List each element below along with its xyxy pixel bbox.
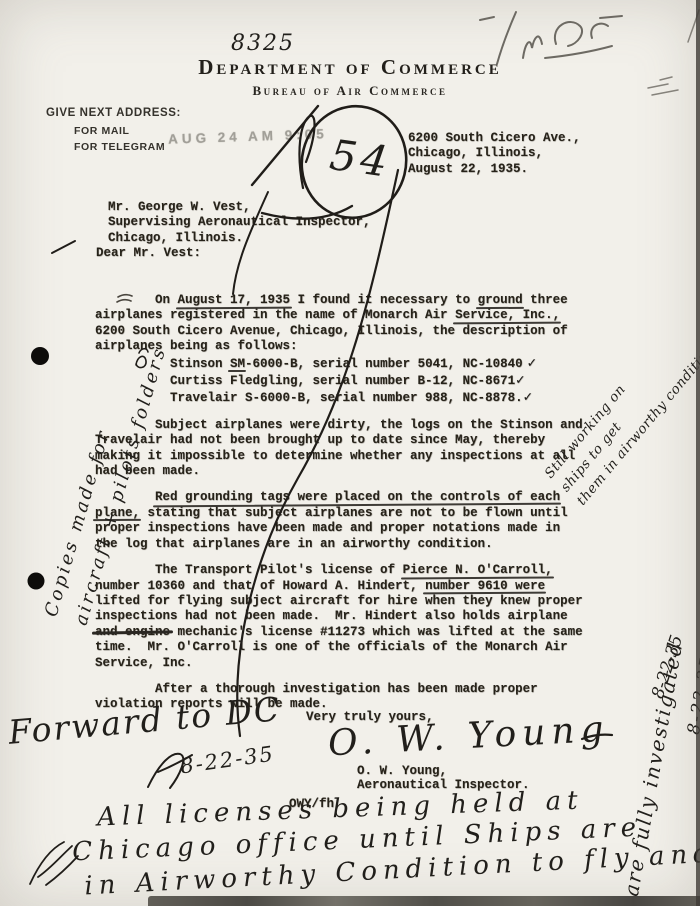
typed-text: Subject airplanes were dirty, the logs o… — [95, 418, 583, 432]
typed-line: airplanes registered in the name of Mona… — [95, 308, 655, 323]
typed-text: I found it necessary to — [290, 293, 478, 307]
typed-text: SM — [230, 357, 245, 371]
typed-text: Service, Inc., — [455, 308, 560, 322]
pen-slash-before-salutation — [52, 241, 75, 253]
typed-line: plane, stating that subject airplanes ar… — [95, 506, 655, 521]
typed-text: lifted for flying subject aircraft for h… — [95, 594, 583, 608]
recipient-block: Mr. George W. Vest,Supervising Aeronauti… — [108, 200, 371, 246]
typed-text: number 9610 were — [425, 579, 545, 593]
punch-hole — [31, 347, 49, 365]
typed-text: The Transport Pilot's license of — [95, 563, 403, 577]
typed-line: Stinson SM-6000-B, serial number 5041, N… — [95, 355, 655, 372]
handwritten-file-number: 8325 — [231, 31, 295, 56]
recipient-line: Mr. George W. Vest, — [108, 200, 371, 215]
bottom-left-initials — [30, 842, 78, 885]
typed-text: mechanic's license #11273 which was lift… — [170, 625, 583, 639]
typed-text: 6200 South Cicero Avenue, Chicago, Illin… — [95, 324, 568, 338]
typed-line: time. Mr. O'Carroll is one of the offici… — [95, 640, 655, 655]
dateline-line: August 22, 1935. — [408, 162, 581, 177]
typed-text: time. Mr. O'Carroll is one of the offici… — [95, 640, 568, 654]
letter-paragraph: Red grounding tags were placed on the co… — [95, 490, 655, 552]
typed-text: Service, Inc. — [95, 656, 193, 670]
typed-line: and engine mechanic's license #11273 whi… — [95, 625, 655, 640]
dateline-line: Chicago, Illinois, — [408, 146, 581, 161]
typed-line: proper inspections have been made and pr… — [95, 521, 655, 536]
letter-paragraph: The Transport Pilot's license of Pierce … — [95, 563, 655, 671]
pen-slash-stamp — [252, 106, 318, 185]
typed-line: Service, Inc. — [95, 656, 655, 671]
recipient-line: Supervising Aeronautical Inspector, — [108, 215, 371, 230]
typed-line: Curtiss Fledgling, serial number B-12, N… — [95, 372, 655, 389]
salutation: Dear Mr. Vest: — [96, 246, 201, 261]
typed-line: number 10360 and that of Howard A. Hinde… — [95, 579, 655, 594]
typed-text: Red grounding tags were placed on the co… — [155, 490, 560, 504]
recipient-line: Chicago, Illinois. — [108, 231, 371, 246]
for-telegram-label: FOR TELEGRAM — [74, 141, 165, 153]
typed-text: airplanes registered in the name of Mona… — [95, 308, 455, 322]
scan-edge-right — [696, 0, 700, 906]
checkmark: ✓ — [523, 389, 533, 404]
typed-text: three — [523, 293, 568, 307]
typed-text: proper inspections have been made and pr… — [95, 521, 560, 535]
dateline-block: 6200 South Cicero Ave.,Chicago, Illinois… — [408, 131, 581, 177]
typed-line: Travelair S-6000-B, serial number 988, N… — [95, 389, 655, 406]
circled-number: 54 — [327, 130, 395, 187]
typed-line: airplanes being as follows: — [95, 339, 655, 354]
typed-text: -6000-B, serial number 5041, NC-10840 — [245, 357, 523, 371]
typed-line: lifted for flying subject aircraft for h… — [95, 594, 655, 609]
typed-text: Pierce N. O'Carroll, — [403, 563, 553, 577]
typed-text: the log that airplanes are in an airwort… — [95, 537, 493, 551]
letter-paragraph: On August 17, 1935 I found it necessary … — [95, 293, 655, 407]
typed-text: August 17, 1935 — [178, 293, 291, 307]
typed-line: After a thorough investigation has been … — [95, 682, 655, 697]
scan-edge-bottom — [148, 896, 700, 906]
scanned-letter-page: 8325 Department of Commerce Bureau of Ai… — [0, 0, 700, 906]
typed-text: inspections had not been made. Mr. Hinde… — [95, 609, 568, 623]
typed-line: the log that airplanes are in an airwort… — [95, 537, 655, 552]
typed-text: Travelair had not been brought up to dat… — [95, 433, 545, 447]
typed-text: On — [95, 293, 178, 307]
for-mail-label: FOR MAIL — [74, 125, 130, 137]
dateline-line: 6200 South Cicero Ave., — [408, 131, 581, 146]
checkmark: ✓ — [515, 372, 525, 387]
received-date-stamp: AUG 24 AM 9:05 — [168, 126, 328, 147]
typed-text: number 10360 and that of Howard A. Hinde… — [95, 579, 425, 593]
typed-text: ground — [478, 293, 523, 307]
give-next-address-label: GIVE NEXT ADDRESS: — [46, 107, 181, 119]
letterhead-department: Department of Commerce — [0, 55, 700, 80]
typed-line: inspections had not been made. Mr. Hinde… — [95, 609, 655, 624]
typed-text: making it impossible to determine whethe… — [95, 449, 575, 463]
letterhead-bureau: Bureau of Air Commerce — [0, 83, 700, 99]
typed-text: and engine — [95, 625, 170, 639]
typed-text: stating that subject airplanes are not t… — [140, 506, 568, 520]
typed-line: The Transport Pilot's license of Pierce … — [95, 563, 655, 578]
letter-body: On August 17, 1935 I found it necessary … — [95, 293, 655, 724]
typed-line: 6200 South Cicero Avenue, Chicago, Illin… — [95, 324, 655, 339]
typed-text: After a thorough investigation has been … — [95, 682, 538, 696]
forward-note-date: 8-22-35 — [179, 742, 276, 779]
typed-line: On August 17, 1935 I found it necessary … — [95, 293, 655, 308]
checkmark: ✓ — [523, 355, 537, 370]
